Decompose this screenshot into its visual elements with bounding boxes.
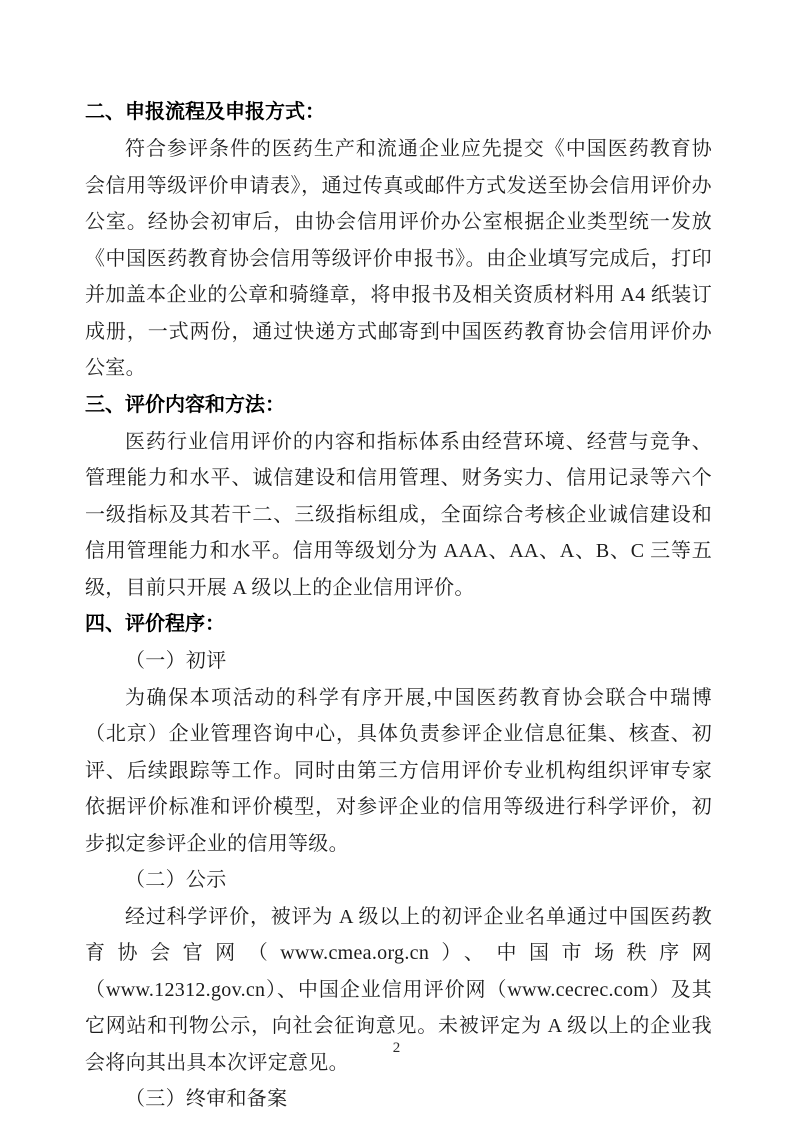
subsection-heading-initial-evaluation: （一）初评	[85, 643, 712, 680]
paragraph-evaluation-content: 医药行业信用评价的内容和指标体系由经营环境、经营与竞争、管理能力和水平、诚信建设…	[85, 424, 712, 607]
subsection-heading-public-notice: （二）公示	[85, 862, 712, 899]
page-number: 2	[0, 1038, 793, 1058]
paragraph-initial-evaluation: 为确保本项活动的科学有序开展,中国医药教育协会联合中瑞博（北京）企业管理咨询中心…	[85, 680, 712, 863]
document-page: 二、申报流程及申报方式： 符合参评条件的医药生产和流通企业应先提交《中国医药教育…	[0, 0, 793, 1122]
section-heading-evaluation-procedure: 四、评价程序：	[85, 606, 712, 643]
paragraph-application-process: 符合参评条件的医药生产和流通企业应先提交《中国医药教育协会信用等级评价申请表》，…	[85, 131, 712, 387]
section-heading-evaluation-content: 三、评价内容和方法：	[85, 387, 712, 424]
document-content: 二、申报流程及申报方式： 符合参评条件的医药生产和流通企业应先提交《中国医药教育…	[85, 94, 712, 1118]
section-heading-application-process: 二、申报流程及申报方式：	[85, 94, 712, 131]
subsection-heading-final-review: （三）终审和备案	[85, 1081, 712, 1118]
